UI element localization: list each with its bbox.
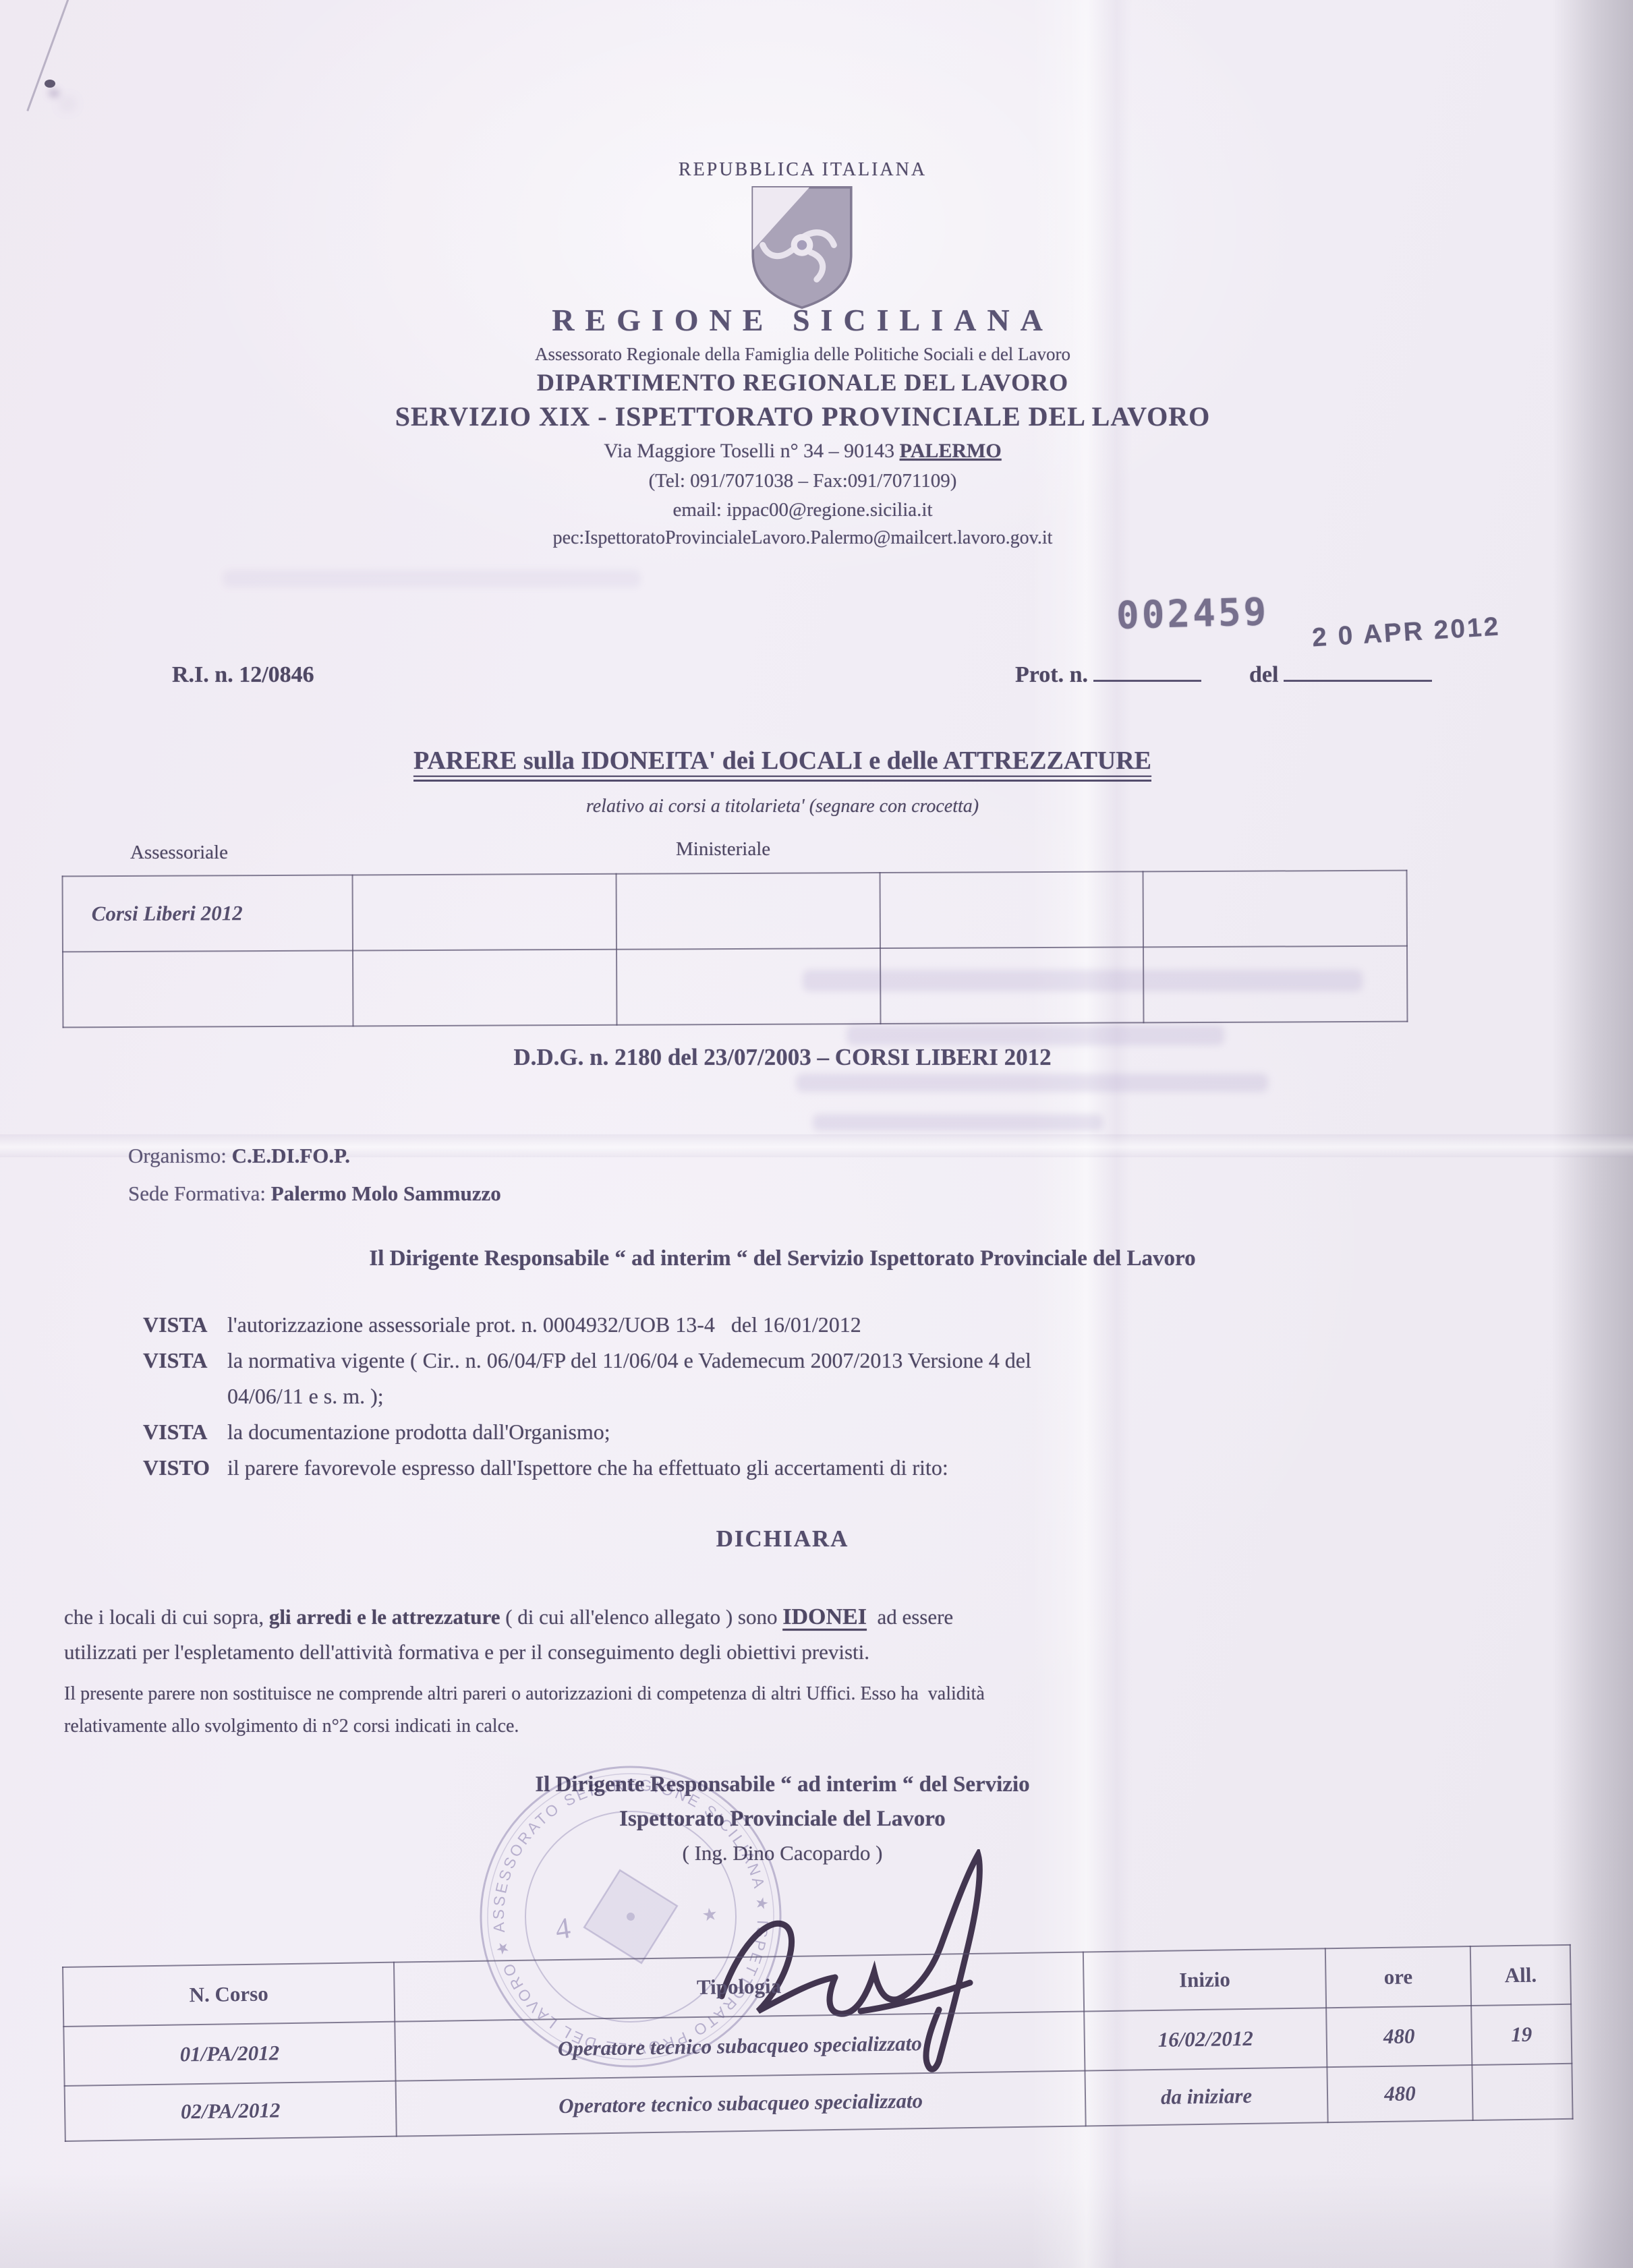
organismo-line: Organismo: C.E.DI.FO.P. [128, 1144, 350, 1168]
document-subtitle: relativo ai corsi a titolarieta' (segnar… [40, 796, 1524, 817]
document-title: PARERE sulla IDONEITA' dei LOCALI e dell… [413, 747, 1151, 782]
premise-text-wrap: la normativa vigente ( Cir.. n. 06/04/FP… [227, 1343, 1031, 1414]
column-header: ore [1325, 1946, 1471, 2008]
category-cell [617, 873, 880, 950]
label-assessoriale: Assessoriale [130, 842, 228, 864]
premise-label: VISTA [143, 1343, 227, 1414]
staple-mark-artifact [26, 0, 69, 111]
republic-heading: REPUBBLICA ITALIANA [101, 159, 1504, 181]
premise-text: il parere favorevole espresso dall'Ispet… [227, 1450, 948, 1486]
course-allievi [1472, 2064, 1572, 2120]
declaration-seg-bold: gli arredi e le attrezzature [269, 1605, 500, 1629]
prot-label-text: Prot. n. [1015, 662, 1088, 687]
course-ore: 480 [1327, 2065, 1472, 2122]
category-cell [617, 948, 880, 1025]
column-header: Tipologia [394, 1952, 1084, 2022]
ddg-reference-line: D.D.G. n. 2180 del 23/07/2003 – CORSI LI… [40, 1044, 1524, 1071]
document-title-row: PARERE sulla IDONEITA' dei LOCALI e dell… [40, 746, 1524, 776]
dirigente-heading: Il Dirigente Responsabile “ ad interim “… [40, 1246, 1524, 1271]
category-cell [63, 950, 353, 1027]
premise-text: la normativa vigente ( Cir.. n. 06/04/FP… [227, 1348, 1031, 1372]
course-number: 02/PA/2012 [65, 2081, 397, 2141]
premise-label: VISTA [143, 1414, 227, 1450]
date-received-stamp: 2 0 APR 2012 [1311, 612, 1501, 653]
scanned-document-page: REPUBBLICA ITALIANA REGIONE SICILIANA As… [0, 0, 1633, 2268]
pec-line: pec:IspettoratoProvincialeLavoro.Palermo… [101, 527, 1504, 549]
signature-title-line2: Ispettorato Provinciale del Lavoro [202, 1807, 1363, 1832]
ink-smudge-artifact [45, 80, 55, 88]
prot-label: Prot. n. [1015, 662, 1201, 688]
premise-row: VISTA la documentazione prodotta dall'Or… [143, 1414, 1357, 1450]
assessorato-line: Assessorato Regionale della Famiglia del… [101, 344, 1504, 365]
category-cell [1143, 871, 1407, 948]
organismo-label: Organismo: [128, 1144, 232, 1167]
category-table: Corsi Liberi 2012 [62, 870, 1408, 1028]
declaration-seg: ad essere [867, 1605, 953, 1629]
course-ore: 480 [1326, 2006, 1472, 2067]
course-number: 01/PA/2012 [63, 2022, 395, 2086]
phone-fax-line: (Tel: 091/7071038 – Fax:091/7071109) [101, 470, 1504, 492]
address-street: Via Maggiore Toselli n° 34 – 90143 [604, 440, 899, 462]
servizio-line: SERVIZIO XIX - ISPETTORATO PROVINCIALE D… [101, 401, 1504, 432]
premise-label: VISTA [143, 1307, 227, 1343]
sede-formativa-line: Sede Formativa: Palermo Molo Sammuzzo [128, 1182, 501, 1206]
declaration-paragraph: che i locali di cui sopra, gli arredi e … [64, 1600, 1521, 1670]
ri-number: R.I. n. 12/0846 [172, 662, 314, 688]
address-city: PALERMO [900, 440, 1002, 462]
premise-row: VISTA l'autorizzazione assessoriale prot… [143, 1307, 1357, 1343]
sede-value: Palermo Molo Sammuzzo [271, 1182, 501, 1205]
premise-text-continuation: 04/06/11 e s. m. ); [227, 1378, 1031, 1414]
signature-title-line1: Il Dirigente Responsabile “ ad interim “… [202, 1772, 1363, 1797]
del-label: del [1249, 662, 1432, 688]
declaration-seg: che i locali di cui sopra, [64, 1605, 269, 1629]
protocol-number-stamp: 002459 [1116, 590, 1269, 638]
bleed-through-artifact [223, 570, 641, 587]
category-cell [353, 950, 617, 1026]
bleed-through-artifact [796, 1074, 1268, 1092]
course-allievi: 19 [1471, 2004, 1572, 2065]
prot-number-blank [1093, 676, 1201, 682]
premise-text: la documentazione prodotta dall'Organism… [227, 1414, 610, 1450]
category-cell [880, 871, 1143, 948]
column-header: Inizio [1083, 1948, 1326, 2011]
address-line: Via Maggiore Toselli n° 34 – 90143 PALER… [101, 440, 1504, 463]
premise-row: VISTO il parere favorevole espresso dall… [143, 1450, 1357, 1486]
scan-edge-shadow-bottom [0, 2174, 1633, 2268]
category-cell [1143, 946, 1407, 1023]
del-date-blank [1284, 676, 1432, 682]
courses-table: N. Corso Tipologia Inizio ore All. 01/PA… [62, 1944, 1574, 2142]
email-line: email: ippac00@regione.sicilia.it [101, 499, 1504, 521]
table-row: Corsi Liberi 2012 [63, 871, 1407, 952]
trinacria-shield-emblem [741, 183, 863, 312]
declaration-seg: utilizzati per l'espletamento dell'attiv… [64, 1635, 1521, 1670]
course-inizio: 16/02/2012 [1084, 2008, 1327, 2070]
bleed-through-artifact [847, 1025, 1224, 1045]
table-row [63, 946, 1407, 1028]
premise-text: l'autorizzazione assessoriale prot. n. 0… [227, 1307, 861, 1343]
course-tipologia: Operatore tecnico subacqueo specializzat… [395, 2012, 1085, 2081]
organismo-value: C.E.DI.FO.P. [232, 1144, 350, 1167]
region-heading: REGIONE SICILIANA [101, 302, 1504, 338]
premise-row: VISTA la normativa vigente ( Cir.. n. 06… [143, 1343, 1357, 1414]
note-line: relativamente allo svolgimento di n°2 co… [64, 1710, 1535, 1743]
bleed-through-artifact [813, 1114, 1103, 1131]
dipartimento-line: DIPARTIMENTO REGIONALE DEL LAVORO [101, 368, 1504, 397]
sede-label: Sede Formativa: [128, 1182, 271, 1205]
note-line: Il presente parere non sostituisce ne co… [64, 1678, 1535, 1710]
idonei-keyword: IDONEI [782, 1604, 867, 1629]
declaration-seg: ( di cui all'elenco allegato ) sono [500, 1605, 782, 1629]
category-cell [880, 947, 1144, 1024]
course-inizio: da iniziare [1085, 2067, 1327, 2126]
stamp-center-number: 4 [553, 1911, 573, 1946]
course-tipologia: Operatore tecnico subacqueo specializzat… [396, 2071, 1086, 2136]
del-label-text: del [1249, 662, 1278, 687]
category-cell: Corsi Liberi 2012 [63, 875, 353, 952]
premise-label: VISTO [143, 1450, 227, 1486]
dichiara-heading: DICHIARA [40, 1525, 1524, 1552]
label-ministeriale: Ministeriale [676, 838, 770, 861]
premises-block: VISTA l'autorizzazione assessoriale prot… [143, 1307, 1357, 1486]
category-cell [353, 874, 617, 951]
validity-note: Il presente parere non sostituisce ne co… [64, 1678, 1535, 1743]
column-header: All. [1470, 1945, 1571, 2006]
column-header: N. Corso [63, 1962, 395, 2027]
